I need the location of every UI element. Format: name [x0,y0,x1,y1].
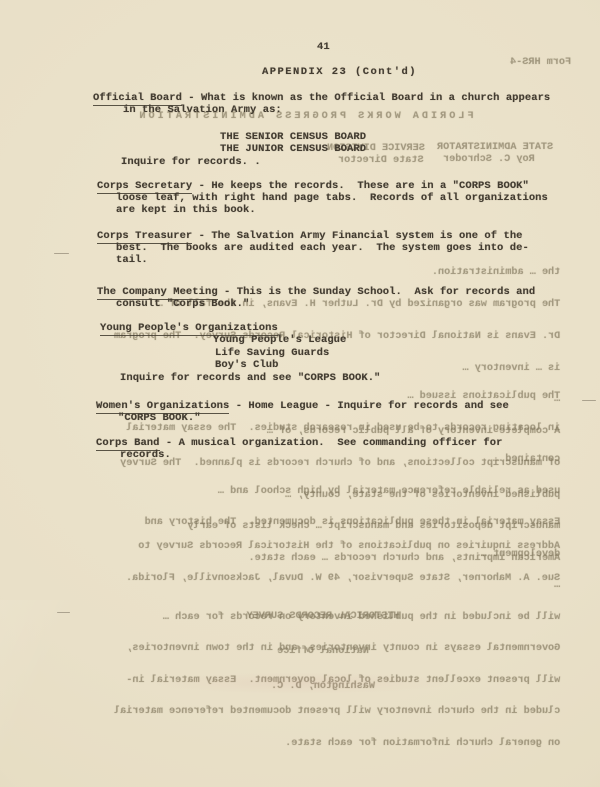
senior-census-board-line: THE SENIOR CENSUS BOARD [220,131,366,143]
bleed-line: Address inquiries on publications of the… [126,542,560,553]
womens-organizations-line1: Women's Organizations - Home League - In… [96,400,509,412]
young-peoples-heading: Young People's Organizations [100,322,278,334]
bleed-line: on general church information for each s… [114,739,560,750]
official-board-rest: - What is known as the Official Board in… [182,92,550,104]
young-peoples-item3: Boy's Club [215,359,279,371]
appendix-title: APPENDIX 23 (Cont'd) [262,66,417,78]
corps-treasurer-rest: - The Salvation Army Financial system is… [192,230,522,242]
bleed-line: HISTORICAL RECORDS SURVEY [210,611,436,623]
bleed-line: Sue. A. Mahorner, State Supervisor, 49 W… [126,574,560,585]
official-board-line2: in the Salvation Army as: [123,104,282,116]
corps-treasurer-line2: best. The books are audited each year. T… [116,242,529,254]
corps-band-rest: - A musical organization. See commanding… [160,437,503,449]
corps-treasurer-line1: Corps Treasurer - The Salvation Army Fin… [97,230,523,242]
document-page: Form HRS-4 FLORIDA WORKS PROGRESS ADMINI… [0,0,600,787]
company-meeting-line1: The Company Meeting - This is the Sunday… [97,286,535,298]
official-board-line1: Official Board - What is known as the Of… [93,92,550,104]
bleed-line: National Office [210,646,436,658]
bleedthrough-form-number: Form HRS-4 [510,57,571,68]
bleed-line: used as reliable reference material by h… [114,487,560,498]
corps-band-line1: Corps Band - A musical organization. See… [96,437,502,449]
bleed-line: contained … [114,455,560,466]
bleedthrough-service-division-title: State Director [338,155,424,166]
official-board-inquire-line: Inquire for records. . [121,156,261,168]
paper-crease [0,600,90,770]
corps-secretary-line1: Corps Secretary - He keeps the records. … [97,180,529,192]
young-peoples-item2: Life Saving Guards [215,347,329,359]
bleed-line: Washington, D. C. [210,681,436,693]
bleedthrough-state-administrator: STATE ADMINISTRATOR [437,142,553,153]
corps-secretary-line2: loose leaf, with right hand page tabs. R… [116,192,548,204]
bleed-line: in locating records to be used in resear… [114,424,560,435]
young-peoples-inquire-line: Inquire for records and see "CORPS BOOK.… [120,372,380,384]
corps-treasurer-line3: tail. [116,254,148,266]
pencil-mark [57,612,70,613]
corps-band-line2: records. [120,449,171,461]
womens-organizations-rest: - Home League - Inquire for records and … [229,400,508,412]
young-peoples-item1: Young People's League [213,334,346,346]
page-number: 41 [317,41,330,53]
company-meeting-rest: - This is the Sunday School. Ask for rec… [218,286,536,298]
bleedthrough-state-administrator-name: Roy C. Schroder [443,154,535,165]
bleedthrough-imprint: HISTORICAL RECORDS SURVEY National Offic… [210,588,436,716]
pencil-mark [582,400,596,401]
junior-census-board-line: THE JUNIOR CENSUS BOARD [220,143,366,155]
womens-organizations-line2: "CORPS BOOK." [118,412,201,424]
bleed-line: the … administration. [114,268,560,279]
corps-secretary-rest: - He keeps the records. These are in a "… [192,180,529,192]
company-meeting-line2: consult "Corps Book." [116,298,249,310]
pencil-mark [54,253,69,254]
corps-secretary-line3: are kept in this book. [116,204,256,216]
